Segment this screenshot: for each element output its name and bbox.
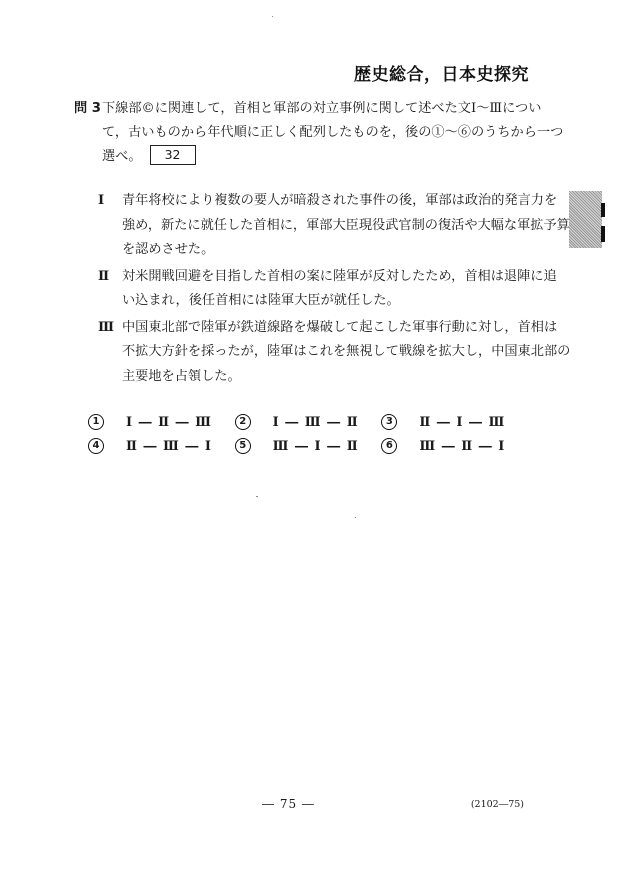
choice-sequence: Ⅰ ― Ⅱ ― Ⅲ xyxy=(126,415,212,430)
scan-speck xyxy=(272,16,273,17)
question-3: 問 3下線部©に関連して，首相と軍部の対立事例に関して述べた文Ⅰ～Ⅲについ て，… xyxy=(74,97,534,169)
choice-5: 5 Ⅲ ― Ⅰ ― Ⅱ xyxy=(235,438,382,454)
choice-row-1: 1 Ⅰ ― Ⅱ ― Ⅲ 2 Ⅰ ― Ⅲ ― Ⅱ 3 Ⅱ ― Ⅰ ― Ⅲ xyxy=(88,410,528,434)
circled-number-icon: 1 xyxy=(88,414,104,430)
answer-box: 32 xyxy=(150,145,196,165)
choice-sequence: Ⅱ ― Ⅰ ― Ⅲ xyxy=(419,415,505,430)
choice-3: 3 Ⅱ ― Ⅰ ― Ⅲ xyxy=(381,414,528,430)
circled-number-icon: 4 xyxy=(88,438,104,454)
choice-4: 4 Ⅱ ― Ⅲ ― Ⅰ xyxy=(88,438,235,454)
page-code: (2102―75) xyxy=(471,799,524,810)
section-index-tab xyxy=(569,191,602,248)
index-tab-notch xyxy=(601,203,605,217)
statement-label: Ⅰ xyxy=(98,189,122,214)
statement-text: 対米開戦回避を目指した首相の案に陸軍が反対したため，首相は退陣に追 xyxy=(122,269,557,284)
choice-6: 6 Ⅲ ― Ⅱ ― Ⅰ xyxy=(381,438,528,454)
question-number: 問 3 xyxy=(74,97,102,121)
statement-3: Ⅲ中国東北部で陸軍が鉄道線路を爆破して起こした軍事行動に対し，首相は 不拡大方針… xyxy=(98,316,538,390)
circled-number-icon: 5 xyxy=(235,438,251,454)
statements-list: Ⅰ青年将校により複数の要人が暗殺された事件の後，軍部は政治的発言力を 強め，新た… xyxy=(98,189,538,391)
question-text-3: 選べ。 xyxy=(102,149,142,164)
statement-label: Ⅲ xyxy=(98,316,122,341)
choice-sequence: Ⅱ ― Ⅲ ― Ⅰ xyxy=(126,439,212,454)
circled-number-icon: 3 xyxy=(381,414,397,430)
scan-speck xyxy=(256,496,258,497)
answer-choices: 1 Ⅰ ― Ⅱ ― Ⅲ 2 Ⅰ ― Ⅲ ― Ⅱ 3 Ⅱ ― Ⅰ ― Ⅲ 4 Ⅱ … xyxy=(88,410,528,458)
statement-text: 主要地を占領した。 xyxy=(122,369,241,384)
statement-text: 青年将校により複数の要人が暗殺された事件の後，軍部は政治的発言力を xyxy=(122,193,557,208)
question-line-1: 問 3下線部©に関連して，首相と軍部の対立事例に関して述べた文Ⅰ～Ⅲについ xyxy=(74,97,534,121)
statement-2: Ⅱ対米開戦回避を目指した首相の案に陸軍が反対したため，首相は退陣に追 い込まれ，… xyxy=(98,265,538,314)
statement-text: 不拡大方針を採ったが，陸軍はこれを無視して戦線を拡大し，中国東北部の xyxy=(122,344,570,359)
question-line-3: 選べ。32 xyxy=(74,145,534,169)
scan-speck xyxy=(355,517,356,518)
question-text-1: 下線部©に関連して，首相と軍部の対立事例に関して述べた文Ⅰ～Ⅲについ xyxy=(102,101,541,116)
choice-sequence: Ⅲ ― Ⅰ ― Ⅱ xyxy=(273,439,359,454)
question-line-2: て，古いものから年代順に正しく配列したものを，後の①～⑥のうちから一つ xyxy=(74,121,534,145)
circled-number-icon: 2 xyxy=(235,414,251,430)
statement-text: を認めさせた。 xyxy=(122,242,214,257)
subject-header: 歴史総合，日本史探究 xyxy=(354,60,529,85)
circled-number-icon: 6 xyxy=(381,438,397,454)
statement-1: Ⅰ青年将校により複数の要人が暗殺された事件の後，軍部は政治的発言力を 強め，新た… xyxy=(98,189,538,263)
choice-sequence: Ⅲ ― Ⅱ ― Ⅰ xyxy=(419,439,505,454)
page-number: ― 75 ― xyxy=(262,797,315,811)
statement-label: Ⅱ xyxy=(98,265,122,290)
question-text-2: て，古いものから年代順に正しく配列したものを，後の①～⑥のうちから一つ xyxy=(102,125,563,140)
index-tab-notch xyxy=(601,226,605,242)
statement-text: 中国東北部で陸軍が鉄道線路を爆破して起こした軍事行動に対し，首相は xyxy=(122,320,557,335)
choice-row-2: 4 Ⅱ ― Ⅲ ― Ⅰ 5 Ⅲ ― Ⅰ ― Ⅱ 6 Ⅲ ― Ⅱ ― Ⅰ xyxy=(88,434,528,458)
choice-2: 2 Ⅰ ― Ⅲ ― Ⅱ xyxy=(235,414,382,430)
exam-page: 歴史総合，日本史探究 問 3下線部©に関連して，首相と軍部の対立事例に関して述べ… xyxy=(0,0,620,876)
choice-sequence: Ⅰ ― Ⅲ ― Ⅱ xyxy=(273,415,359,430)
statement-text: 強め，新たに就任した首相に，軍部大臣現役武官制の復活や大幅な軍拡予算 xyxy=(122,218,570,233)
choice-1: 1 Ⅰ ― Ⅱ ― Ⅲ xyxy=(88,414,235,430)
statement-text: い込まれ，後任首相には陸軍大臣が就任した。 xyxy=(122,293,400,308)
